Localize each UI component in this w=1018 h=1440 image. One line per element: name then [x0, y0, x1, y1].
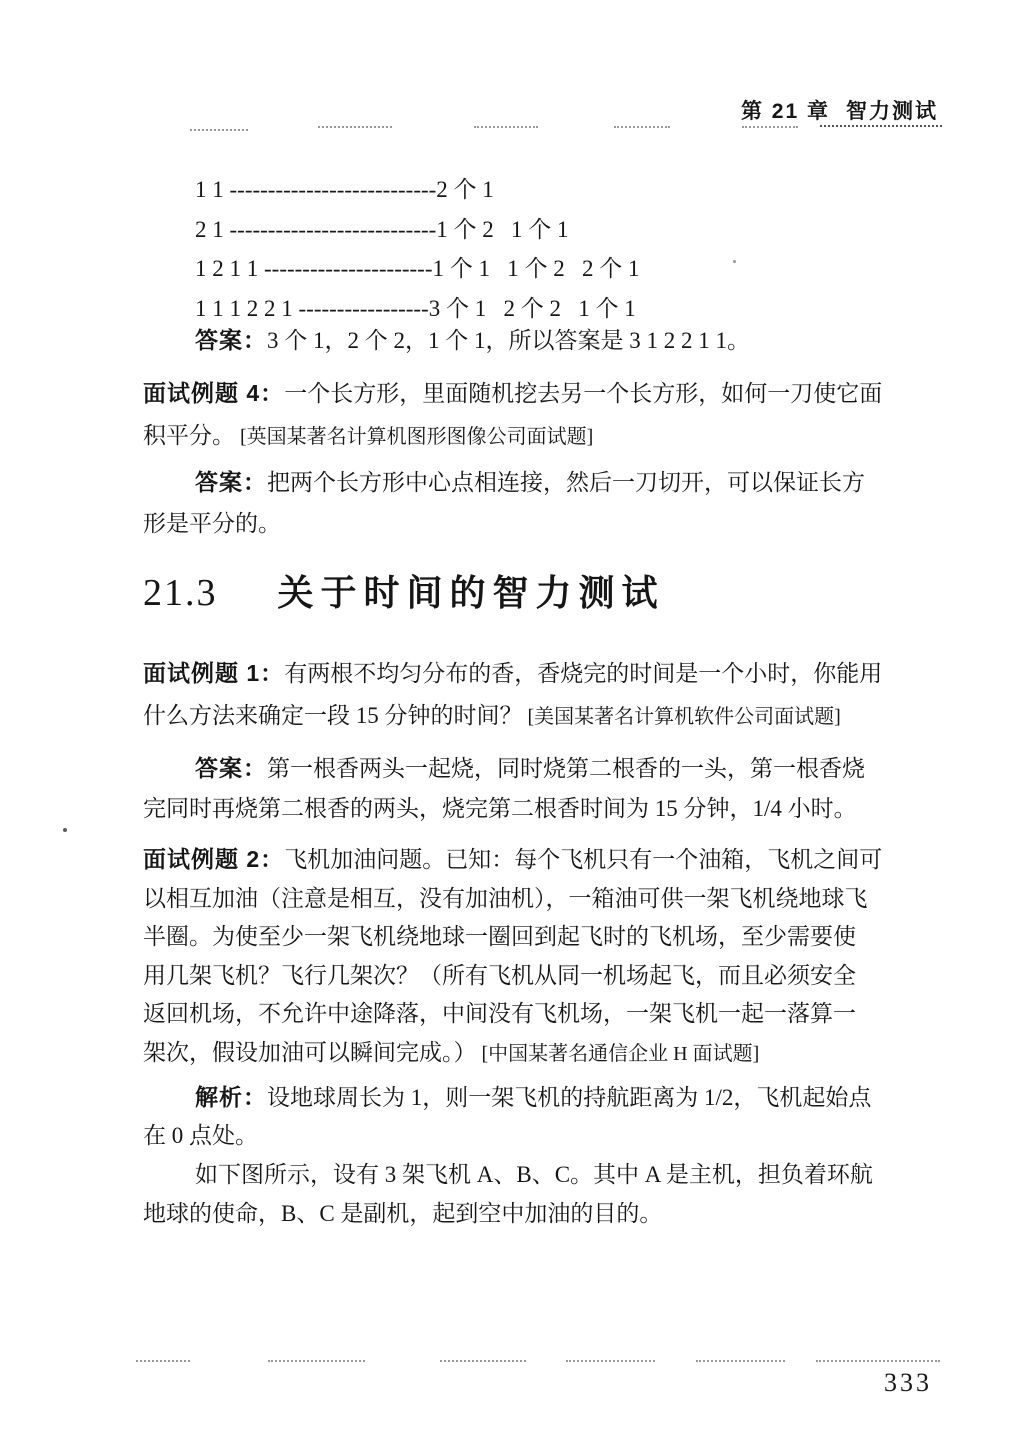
scan-artifact-line	[190, 129, 248, 131]
scan-artifact-line	[566, 1360, 655, 1362]
section-title: 关于时间的智力测试	[278, 572, 665, 613]
answer-1-label: 答案：	[195, 755, 267, 781]
section-number: 21.3	[143, 572, 218, 614]
question-4-text-1: 一个长方形，里面随机挖去另一个长方形，如何一刀使它面	[284, 381, 882, 406]
answer-4-label: 答案：	[195, 469, 267, 495]
question-1-label: 面试例题 1：	[143, 660, 284, 686]
scan-artifact-dot	[63, 828, 67, 832]
paragraph-line: 返回机场，不允许中途降落，中间没有飞机场，一架飞机一起一落算一	[143, 995, 882, 1034]
paragraph-line: 以相互加油（注意是相互，没有加油机），一箱油可供一架飞机绕地球飞	[143, 880, 882, 919]
question-2-text-5: 返回机场，不允许中途降落，中间没有飞机场，一架飞机一起一落算一	[143, 1001, 856, 1026]
paragraph-line: 什么方法来确定一段 15 分钟的时间？[美国某著名计算机软件公司面试题]	[143, 695, 882, 738]
answer-text: 3 个 1，2 个 2，1 个 1，所以答案是 3 1 2 2 1 1。	[267, 328, 750, 353]
paragraph-line: 半圈。为使至少一架飞机绕地球一圈回到起飞时的飞机场，至少需要使	[143, 918, 882, 957]
paragraph-line: 完同时再烧第二根香的两头，烧完第二根香时间为 15 分钟，1/4 小时。	[143, 789, 865, 829]
analysis-label: 解析：	[195, 1084, 267, 1110]
paragraph-line: 积平分。[英国某著名计算机图形图像公司面试题]	[143, 415, 882, 458]
chapter-title: 智力测试	[846, 100, 938, 123]
paragraph-line: 答案：把两个长方形中心点相连接，然后一刀切开，可以保证长方	[143, 462, 865, 503]
scan-artifact-line	[614, 126, 670, 128]
scan-artifact-line	[742, 126, 798, 128]
section-heading: 21.3关于时间的智力测试	[143, 565, 665, 616]
question-1-text-1: 有两根不均匀分布的香，香烧完的时间是一个小时，你能用	[284, 661, 882, 686]
analysis-paragraph: 解析：设地球周长为 1，则一架飞机的持航距离为 1/2，飞机起始点 在 0 点处…	[143, 1078, 871, 1155]
page-number: 333	[884, 1368, 932, 1398]
answer-1-text-1: 第一根香两头一起烧，同时烧第二根香的一头，第一根香烧	[267, 756, 865, 781]
question-4-text-2: 积平分。	[143, 423, 235, 448]
paragraph-line: 面试例题 2：飞机加油问题。已知：每个飞机只有一个油箱，飞机之间可	[143, 840, 882, 880]
analysis-text-1: 设地球周长为 1，则一架飞机的持航距离为 1/2，飞机起始点	[267, 1085, 871, 1110]
paragraph-line: 面试例题 1：有两根不均匀分布的香，香烧完的时间是一个小时，你能用	[143, 652, 882, 695]
scan-artifact-line	[268, 1360, 365, 1362]
question-1-source: [美国某著名计算机软件公司面试题]	[528, 706, 841, 728]
question-4-label: 面试例题 4：	[143, 380, 284, 406]
answer-label: 答案：	[195, 327, 267, 353]
scan-artifact-line	[440, 1360, 526, 1362]
scan-artifact-dot	[733, 260, 736, 263]
paragraph-line: 面试例题 4：一个长方形，里面随机挖去另一个长方形，如何一刀使它面	[143, 372, 882, 415]
analysis-text-2: 在 0 点处。	[143, 1123, 258, 1148]
paragraph-line: 解析：设地球周长为 1，则一架飞机的持航距离为 1/2，飞机起始点	[143, 1078, 871, 1117]
question-2-text-3: 半圈。为使至少一架飞机绕地球一圈回到起飞时的飞机场，至少需要使	[143, 924, 856, 949]
question-4-source: [英国某著名计算机图形图像公司面试题]	[240, 426, 593, 448]
question-2-text-2: 以相互加油（注意是相互，没有加油机），一箱油可供一架飞机绕地球飞	[143, 886, 868, 911]
question-1-text-2: 什么方法来确定一段 15 分钟的时间？	[143, 703, 523, 728]
figure-intro-text-1: 如下图所示，设有 3 架飞机 A、B、C。其中 A 是主机，担负着环航	[195, 1162, 873, 1187]
paragraph-line: 在 0 点处。	[143, 1117, 871, 1155]
paragraph-line: 用几架飞机？飞行几架次？（所有飞机从同一机场起飞，而且必须安全	[143, 957, 882, 996]
scan-artifact-line	[696, 1360, 785, 1362]
sequence-line: 1 2 1 1 ----------------------1 个 1 1 个 …	[195, 249, 640, 289]
scan-artifact-line	[318, 126, 392, 128]
paragraph-line: 答案：第一根香两头一起烧，同时烧第二根香的一头，第一根香烧	[143, 748, 865, 789]
chapter-label: 第 21 章	[741, 100, 830, 123]
sequence-demo: 1 1 ---------------------------2 个 1 2 1…	[195, 170, 640, 328]
scan-artifact-line	[136, 1360, 190, 1362]
paragraph-line: 地球的使命，B、C 是副机，起到空中加油的目的。	[143, 1194, 873, 1233]
question-2-text-6: 架次，假设加油可以瞬间完成。）	[143, 1040, 477, 1065]
question-2-paragraph: 面试例题 2：飞机加油问题。已知：每个飞机只有一个油箱，飞机之间可 以相互加油（…	[143, 840, 882, 1073]
answer-4-text-2: 形是平分的。	[143, 511, 281, 536]
figure-intro-paragraph: 如下图所示，设有 3 架飞机 A、B、C。其中 A 是主机，担负着环航 地球的使…	[143, 1155, 873, 1233]
answer-4-text-1: 把两个长方形中心点相连接，然后一刀切开，可以保证长方	[267, 470, 865, 495]
question-2-label: 面试例题 2：	[143, 846, 284, 872]
question-2-source: [中国某著名通信企业 H 面试题]	[482, 1043, 760, 1065]
sequence-line: 1 1 ---------------------------2 个 1	[195, 170, 640, 210]
sequence-answer-paragraph: 答案：3 个 1，2 个 2，1 个 1，所以答案是 3 1 2 2 1 1。	[195, 322, 750, 355]
question-4-paragraph: 面试例题 4：一个长方形，里面随机挖去另一个长方形，如何一刀使它面 积平分。[英…	[143, 372, 882, 458]
scan-artifact-line	[816, 1360, 940, 1362]
question-2-text-4: 用几架飞机？飞行几架次？（所有飞机从同一机场起飞，而且必须安全	[143, 963, 856, 988]
answer-1-text-2: 完同时再烧第二根香的两头，烧完第二根香时间为 15 分钟，1/4 小时。	[143, 796, 857, 821]
question-1-paragraph: 面试例题 1：有两根不均匀分布的香，香烧完的时间是一个小时，你能用 什么方法来确…	[143, 652, 882, 738]
page-header: 第 21 章智力测试	[741, 95, 938, 125]
paragraph-line: 形是平分的。	[143, 503, 865, 544]
paragraph-line: 架次，假设加油可以瞬间完成。）[中国某著名通信企业 H 面试题]	[143, 1034, 882, 1074]
paragraph-line: 如下图所示，设有 3 架飞机 A、B、C。其中 A 是主机，担负着环航	[143, 1155, 873, 1194]
figure-intro-text-2: 地球的使命，B、C 是副机，起到空中加油的目的。	[143, 1201, 662, 1226]
sequence-line: 2 1 ---------------------------1 个 2 1 个…	[195, 210, 640, 250]
question-2-text-1: 飞机加油问题。已知：每个飞机只有一个油箱，飞机之间可	[284, 847, 882, 872]
scan-artifact-line	[474, 126, 538, 128]
answer-4-paragraph: 答案：把两个长方形中心点相连接，然后一刀切开，可以保证长方 形是平分的。	[143, 462, 865, 544]
scan-artifact-line	[820, 125, 942, 127]
book-page: 第 21 章智力测试 1 1 -------------------------…	[0, 0, 1018, 1440]
answer-1-paragraph: 答案：第一根香两头一起烧，同时烧第二根香的一头，第一根香烧 完同时再烧第二根香的…	[143, 748, 865, 829]
